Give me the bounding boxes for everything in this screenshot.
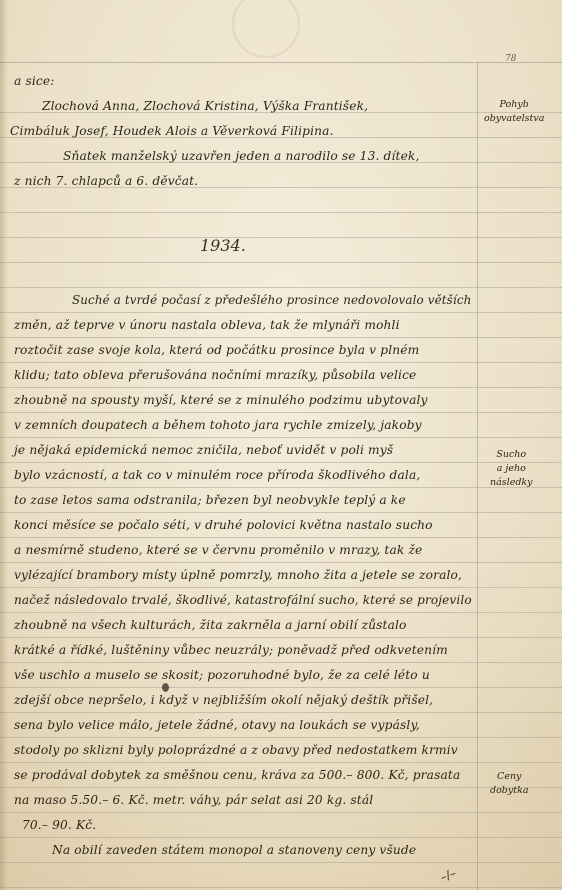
text-line: vylézající brambory místy úplně pomrzly,…	[14, 563, 462, 588]
margin-note: Suchoa jehonásledky	[490, 448, 533, 490]
text-line: se prodával dobytek za směšnou cenu, krá…	[14, 763, 460, 788]
text-line: načež následovalo trvalé, škodlivé, kata…	[14, 588, 472, 613]
text-line: a nesmírně studeno, které se v červnu pr…	[14, 538, 422, 563]
archive-stamp	[232, 0, 300, 58]
text-line: stodoly po sklizni byly poloprázdné a z …	[14, 738, 458, 763]
text-line: konci měsíce se počalo séti, v druhé pol…	[14, 513, 433, 538]
text-line: Na obilí zaveden státem monopol a stanov…	[52, 838, 416, 863]
margin-note-line: dobytka	[490, 784, 529, 798]
text-line: sena bylo velice málo, jetele žádné, ota…	[14, 713, 420, 738]
margin-note: Pohybobyvatelstva	[484, 98, 544, 126]
margin-note: Cenydobytka	[490, 770, 529, 798]
text-line: bylo vzácností, a tak co v minulém roce …	[14, 463, 420, 488]
text-line: je nějaká epidemická nemoc zničila, nebo…	[14, 438, 393, 463]
text-line: zhoubně na spousty myší, které se z minu…	[14, 388, 428, 413]
text-line: zhoubně na všech kulturách, žita zakrněl…	[14, 613, 407, 638]
text-line: to zase letos sama odstranila; březen by…	[14, 488, 406, 513]
text-line: na maso 5.50.– 6. Kč. metr. váhy, pár se…	[14, 788, 373, 813]
text-line: Zlochová Anna, Zlochová Kristina, Výška …	[42, 94, 368, 119]
text-line: a sice:	[14, 69, 55, 94]
text-line: roztočit zase svoje kola, která od počát…	[14, 338, 419, 363]
text-line: klidu; tato obleva přerušována nočními m…	[14, 363, 416, 388]
text-line: Cimbáluk Josef, Houdek Alois a Věverková…	[10, 119, 334, 144]
margin-note-line: Pohyb	[484, 98, 544, 112]
margin-line	[477, 62, 478, 890]
text-line: změn, až teprve v únoru nastala obleva, …	[14, 313, 400, 338]
text-line: vše uschlo a muselo se skosit; pozoruhod…	[14, 663, 430, 688]
text-line: krátké a řídké, luštěniny vůbec neuzrály…	[14, 638, 448, 663]
margin-note-line: Ceny	[490, 770, 529, 784]
margin-note-line: následky	[490, 476, 533, 490]
year-heading: 1934.	[200, 236, 246, 255]
text-line: z nich 7. chlapců a 6. děvčat.	[14, 169, 198, 194]
text-line: 70.– 90. Kč.	[22, 813, 96, 838]
margin-note-line: a jeho	[490, 462, 533, 476]
margin-note-line: Sucho	[490, 448, 533, 462]
text-line: v zemních doupatech a během tohoto jara …	[14, 413, 422, 438]
margin-note-line: obyvatelstva	[484, 112, 544, 126]
ledger-page: 78 a sice:Zlochová Anna, Zlochová Kristi…	[0, 0, 562, 890]
ink-blot	[162, 683, 169, 692]
text-line: Suché a tvrdé počasí z předešlého prosin…	[72, 288, 471, 313]
text-line: zdejší obce nepršelo, i když v nejbližší…	[14, 688, 433, 713]
text-line: Sňatek manželský uzavřen jeden a narodil…	[63, 144, 420, 169]
page-number: 78	[505, 54, 516, 64]
